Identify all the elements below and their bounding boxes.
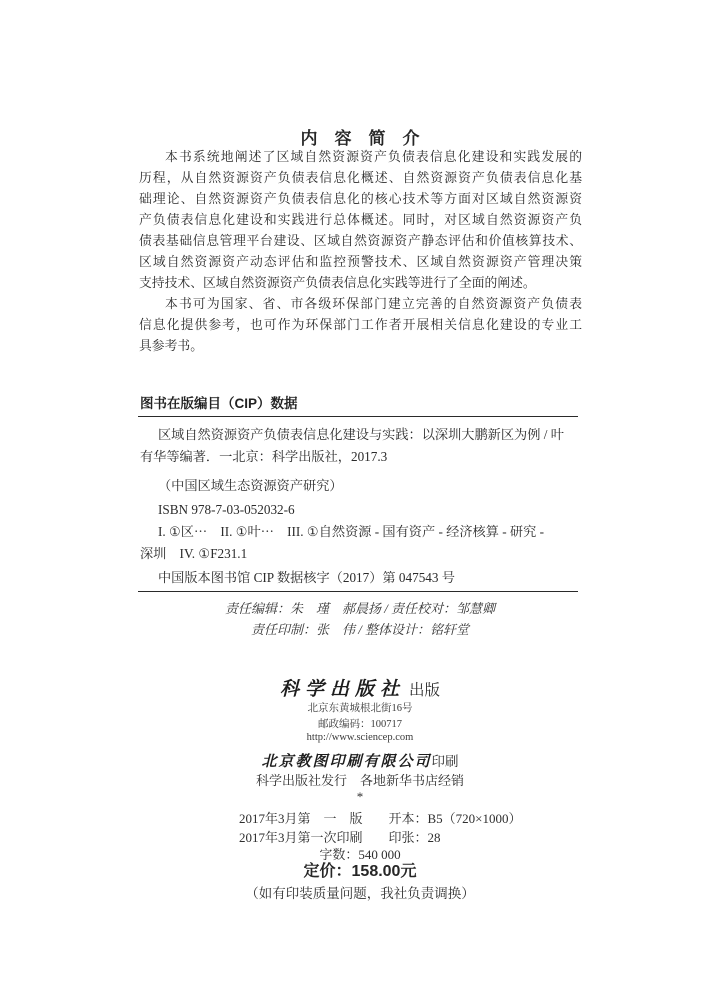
publisher-postcode: 邮政编码：100717 <box>0 716 720 731</box>
section-divider-star: * <box>0 789 720 805</box>
divider-rule-bottom <box>138 591 578 592</box>
cip-isbn: ISBN 978-7-03-052032-6 <box>140 499 580 521</box>
intro-paragraph1-line: 区域自然资源资产动态评估和监控预警技术、区域自然资源资产管理决策 <box>139 252 582 273</box>
edition-block: 2017年3月第 一 版 开本：B5（720×1000） 2017年3月第一次印… <box>239 810 522 847</box>
publisher-logotype: 科学出版社 <box>280 679 405 700</box>
intro-paragraph1-line: 支持技术、区域自然资源资产负债表信息化实践等进行了全面的阐述。 <box>139 273 582 294</box>
publisher-address: 北京东黄城根北街16号 <box>0 700 720 715</box>
intro-paragraph1-line: 本书系统地阐述了区域自然资源资产负债表信息化建设和实践发展的 <box>139 147 582 168</box>
intro-paragraph1-line: 础理论、自然资源资产负债表信息化的核心技术等方面对区域自然资源资 <box>139 189 582 210</box>
price: 定价：158.00元 <box>0 858 720 881</box>
divider-rule-top <box>138 416 578 417</box>
publish-label: 出版 <box>405 682 440 699</box>
printer-line: 北京教图印刷有限公司印刷 <box>0 750 720 771</box>
cip-series: （中国区域生态资源资产研究） <box>140 475 580 497</box>
printer-name: 北京教图印刷有限公司 <box>261 754 431 770</box>
cip-record-number: 中国版本图书馆 CIP 数据核字（2017）第 047543 号 <box>140 567 580 589</box>
intro-paragraph1-line: 产负债表信息化建设和实践进行总体概述。同时，对区域自然资源资产负 <box>139 210 582 231</box>
intro-paragraph1-line: 历程，从自然资源资产负债表信息化概述、自然资源资产负债表信息化基 <box>139 168 582 189</box>
credits-line-2: 责任印制：张 伟 / 整体设计：铭轩堂 <box>0 619 720 640</box>
publisher-url: http://www.sciencep.com <box>0 732 720 743</box>
cip-title-line-1: 区域自然资源资产负债表信息化建设与实践：以深圳大鹏新区为例 / 叶 <box>140 424 580 446</box>
printed-by-label: 印刷 <box>432 754 459 769</box>
intro-paragraph2-line: 信息化提供参考，也可作为环保部门工作者开展相关信息化建设的专业工 <box>139 315 582 336</box>
cip-classification-line-1: I. ①区··· II. ①叶··· III. ①自然资源 - 国有资产 - 经… <box>140 521 580 543</box>
cip-title-line-2: 有华等编著．一北京：科学出版社，2017.3 <box>140 446 580 468</box>
cip-data-block: 区域自然资源资产负债表信息化建设与实践：以深圳大鹏新区为例 / 叶 有华等编著．… <box>140 424 580 589</box>
intro-section-title: 内容简介 <box>140 124 580 149</box>
quality-notice: （如有印装质量问题，我社负责调换） <box>0 882 720 902</box>
edition-line-1: 2017年3月第 一 版 开本：B5（720×1000） <box>239 810 522 829</box>
cip-classification-line-2: 深圳 IV. ①F231.1 <box>140 543 580 565</box>
book-copyright-page: 内容简介 本书系统地阐述了区域自然资源资产负债表信息化建设和实践发展的 历程，从… <box>0 0 720 1000</box>
cip-header: 图书在版编目（CIP）数据 <box>140 392 298 412</box>
publisher-logotype-line: 科学出版社 出版 <box>0 674 720 701</box>
credits-line-1: 责任编辑：朱 瑾 郝晨扬 / 责任校对：邹慧卿 <box>0 598 720 619</box>
intro-section: 本书系统地阐述了区域自然资源资产负债表信息化建设和实践发展的 历程，从自然资源资… <box>139 147 582 357</box>
intro-paragraph2-line: 本书可为国家、省、市各级环保部门建立完善的自然资源资产负债表 <box>139 294 582 315</box>
intro-paragraph1-line: 债表基础信息管理平台建设、区域自然资源资产静态评估和价值核算技术、 <box>139 231 582 252</box>
distribution-line: 科学出版社发行 各地新华书店经销 <box>0 770 720 789</box>
credits-block: 责任编辑：朱 瑾 郝晨扬 / 责任校对：邹慧卿 责任印制：张 伟 / 整体设计：… <box>0 598 720 640</box>
intro-paragraph2-line: 具参考书。 <box>139 336 582 357</box>
